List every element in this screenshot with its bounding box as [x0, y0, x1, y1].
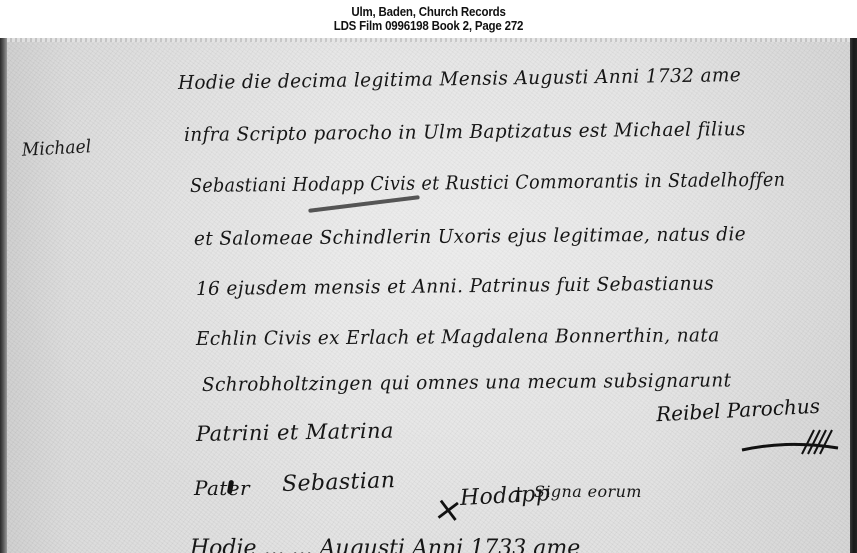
scanned-page: Michael Hodie die decima legitima Mensis… [0, 38, 857, 553]
page-top-edge [0, 38, 857, 42]
header-subtitle: LDS Film 0996198 Book 2, Page 272 [34, 19, 822, 33]
page-right-edge [850, 38, 857, 553]
record-line-4: et Salomeae Schindlerin Uxoris ejus legi… [194, 223, 746, 250]
record-line-5: 16 ejusdem mensis et Anni. Patrinus fuit… [196, 273, 714, 300]
document-header: Ulm, Baden, Church Records LDS Film 0996… [0, 0, 857, 38]
record-line-3: Sebastiani Hodapp Civis et Rustici Commo… [190, 169, 786, 197]
signature-flourish-icon [740, 426, 840, 456]
signum-cross-icon: † [514, 484, 523, 505]
signum-text: Signa eorum [534, 482, 642, 501]
record-line-7: Schrobholtzingen qui omnes una mecum sub… [202, 369, 732, 396]
godparents-heading: Patrini et Matrina [196, 419, 394, 446]
next-entry-fragment: Hodie ... ... Augusti Anni 1733 ame [190, 536, 580, 553]
page-left-edge [0, 38, 7, 553]
header-title: Ulm, Baden, Church Records [34, 0, 822, 19]
record-line-2: infra Scripto parocho in Ulm Baptizatus … [184, 118, 746, 146]
priest-signature: Reibel Parochus [655, 394, 820, 427]
strike-through-mark [308, 195, 420, 213]
record-line-6: Echlin Civis ex Erlach et Magdalena Bonn… [196, 324, 720, 350]
margin-name-annotation: Michael [21, 136, 91, 161]
godfather-name: Sebastian [282, 468, 396, 497]
record-line-1: Hodie die decima legitima Mensis Augusti… [178, 64, 741, 94]
pater-label: Pater [194, 476, 250, 500]
